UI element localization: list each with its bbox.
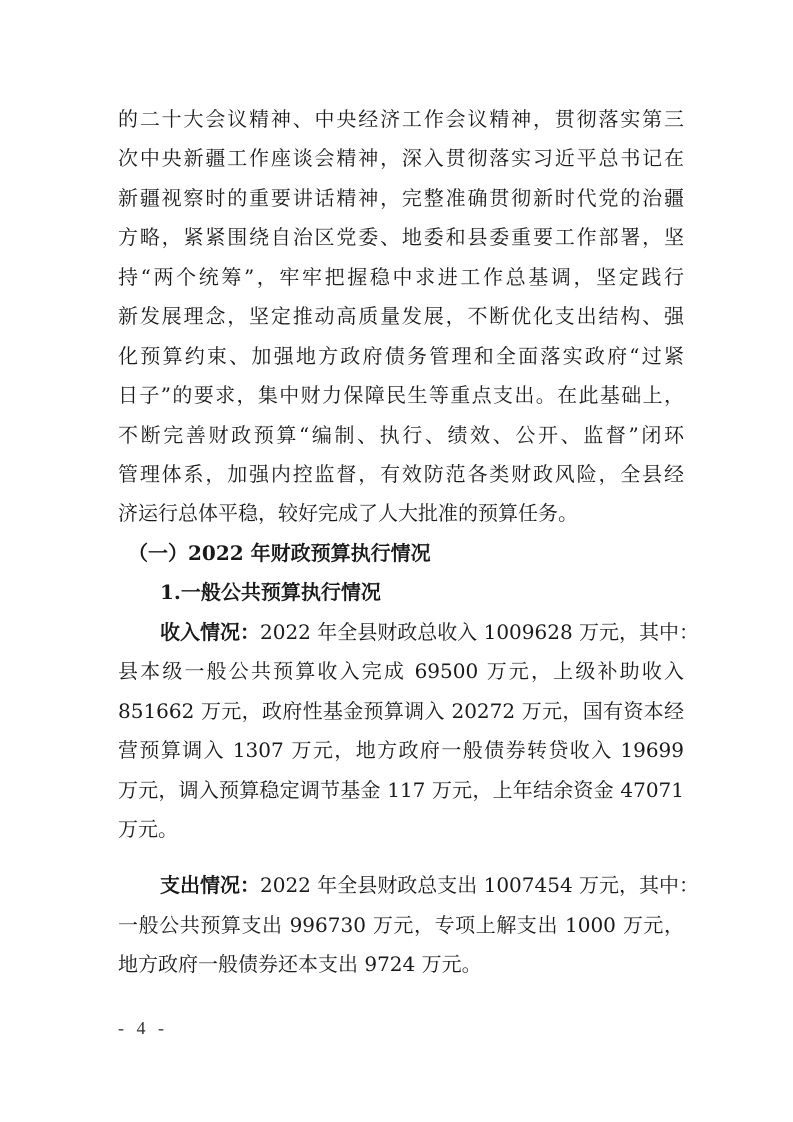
paragraph-line: 一般公共预算支出 996730 万元，专项上解支出 1000 万元， xyxy=(118,910,684,940)
paragraph-line: 的二十大会议精神、中央经济工作会议精神，贯彻落实第三 xyxy=(118,104,684,134)
paragraph-line: 持“两个统筹”，牢牢把握稳中求进工作总基调，坚定践行 xyxy=(118,262,684,292)
paragraph-line: 济运行总体平稳，较好完成了人大批准的预算任务。 xyxy=(118,498,684,528)
paragraph-line: 地方政府一般债券还本支出 9724 万元。 xyxy=(118,949,684,979)
subsection-heading: 1.一般公共预算执行情况 xyxy=(160,577,726,607)
paragraph-line: 万元。 xyxy=(118,814,684,844)
paragraph-line: 日子”的要求，集中财力保障民生等重点支出。在此基础上， xyxy=(118,380,684,410)
paragraph-line: 万元，调入预算稳定调节基金 117 万元，上年结余资金 47071 xyxy=(118,775,684,805)
paragraph-line: 县本级一般公共预算收入完成 69500 万元，上级补助收入 xyxy=(118,656,684,686)
section-heading: （一）2022 年财政预算执行情况 xyxy=(128,538,694,568)
income-first-line: 收入情况：2022 年全县财政总收入 1009628 万元，其中： xyxy=(118,617,684,647)
page-number: - 4 - xyxy=(118,1018,168,1039)
expenditure-first-line: 支出情况：2022 年全县财政总支出 1007454 万元，其中： xyxy=(118,870,684,900)
paragraph-line: 方略，紧紧围绕自治区党委、地委和县委重要工作部署，坚 xyxy=(118,222,684,252)
paragraph-line: 管理体系，加强内控监督，有效防范各类财政风险，全县经 xyxy=(118,459,684,489)
paragraph-line: 不断完善财政预算“编制、执行、绩效、公开、监督”闭环 xyxy=(118,420,684,450)
paragraph-line: 次中央新疆工作座谈会精神，深入贯彻落实习近平总书记在 xyxy=(118,143,684,173)
paragraph-line: 851662 万元，政府性基金预算调入 20272 万元，国有资本经 xyxy=(118,696,684,726)
paragraph-line: 新疆视察时的重要讲话精神，完整准确贯彻新时代党的治疆 xyxy=(118,183,684,213)
paragraph-line: 新发展理念，坚定推动高质量发展，不断优化支出结构、强 xyxy=(118,301,684,331)
expenditure-text: 2022 年全县财政总支出 1007454 万元，其中： xyxy=(260,873,699,897)
income-lead: 收入情况： xyxy=(160,620,260,644)
paragraph-line: 化预算约束、加强地方政府债务管理和全面落实政府“过紧 xyxy=(118,341,684,371)
paragraph-line: 营预算调入 1307 万元，地方政府一般债券转贷收入 19699 xyxy=(118,735,684,765)
expenditure-lead: 支出情况： xyxy=(160,873,260,897)
income-text: 2022 年全县财政总收入 1009628 万元，其中： xyxy=(260,620,699,644)
